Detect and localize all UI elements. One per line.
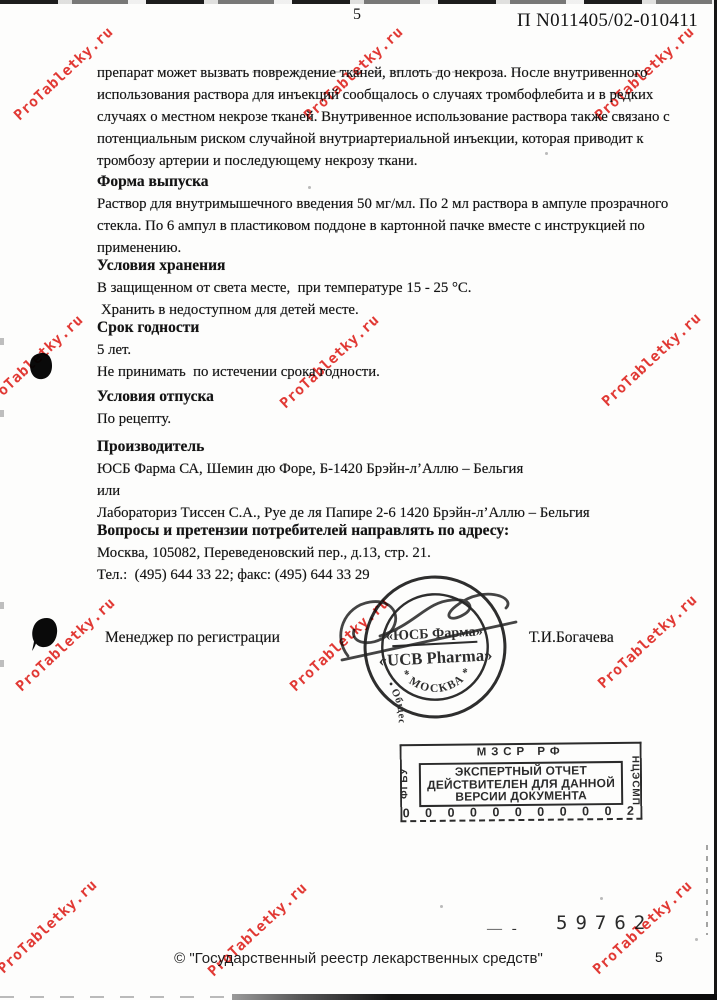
text-line: стекла. По 6 ампул в пластиковом поддоне… bbox=[97, 215, 640, 237]
text-line: 5 лет. bbox=[97, 339, 640, 361]
signer-role: Менеджер по регистрации bbox=[105, 629, 280, 647]
text-line: или bbox=[97, 480, 640, 502]
scan-left-mark bbox=[0, 410, 4, 417]
section-heading: Вопросы и претензии потребителей направл… bbox=[97, 520, 640, 542]
signer-name: Т.И.Богачева bbox=[529, 629, 614, 647]
stamp-digit-counter: 0 0 0 0 0 0 0 0 0 0 2 bbox=[402, 804, 640, 820]
text-line: ЮСБ Фарма СА, Шемин дю Форе, Б-1420 Брэй… bbox=[97, 458, 640, 480]
intro-paragraph: препарат может вызвать повреждение ткане… bbox=[97, 62, 640, 172]
section-heading: Условия отпуска bbox=[97, 386, 640, 408]
text-line: случаях о местном некрозе тканей. Внутри… bbox=[97, 106, 640, 128]
scan-edge-bottom bbox=[232, 994, 717, 1000]
section-heading: Условия хранения bbox=[97, 255, 640, 277]
text-line: Не принимать по истечении срока годности… bbox=[97, 361, 640, 383]
section-heading: Производитель bbox=[97, 436, 640, 458]
scan-speck bbox=[695, 938, 698, 941]
expert-report-stamp: МЗСР РФ ФГБУ НЦЭСМП ЭКСПЕРТНЫЙ ОТЧЕТ ДЕЙ… bbox=[400, 742, 643, 823]
scanned-document-page: 5 П N011405/02-010411 препарат может выз… bbox=[0, 0, 717, 1000]
section-heading: Форма выпуска bbox=[97, 171, 640, 193]
section-storage: Условия хранения В защищенном от света м… bbox=[97, 255, 640, 321]
stamp-ministry-label: МЗСР РФ bbox=[402, 745, 640, 759]
scan-speck bbox=[440, 905, 443, 908]
pen-marks: — - bbox=[487, 921, 520, 938]
scan-speck bbox=[600, 897, 603, 900]
registration-number: П N011405/02-010411 bbox=[517, 10, 698, 32]
watermark: ProTabletky.ru bbox=[13, 595, 118, 695]
text-line: По рецепту. bbox=[97, 408, 640, 430]
scan-right-dashes bbox=[706, 845, 708, 935]
scan-left-mark bbox=[0, 338, 4, 345]
stamp-statement-box: ЭКСПЕРТНЫЙ ОТЧЕТ ДЕЙСТВИТЕЛЕН ДЛЯ ДАННОЙ… bbox=[419, 761, 623, 807]
text-line: потенциальным риском случайной внутриарт… bbox=[97, 128, 640, 150]
section-manufacturer: Производитель ЮСБ Фарма СА, Шемин дю Фор… bbox=[97, 436, 640, 524]
scan-left-mark bbox=[0, 660, 4, 667]
scan-edge-top bbox=[0, 0, 717, 4]
text-line: тромбозу артерии и последующему некрозу … bbox=[97, 150, 640, 172]
text-line: В защищенном от света месте, при темпера… bbox=[97, 277, 640, 299]
scan-left-mark bbox=[0, 602, 4, 609]
section-dispensing: Условия отпуска По рецепту. bbox=[97, 386, 640, 430]
watermark: ProTabletky.ru bbox=[0, 312, 87, 412]
text-line: использования раствора для инъекций сооб… bbox=[97, 84, 640, 106]
section-release-form: Форма выпуска Раствор для внутримышечног… bbox=[97, 171, 640, 259]
stamp-side-label-left: ФГБУ bbox=[399, 767, 410, 798]
text-line: Раствор для внутримышечного введения 50 … bbox=[97, 193, 640, 215]
text-line: Москва, 105082, Переведеновский пер., д.… bbox=[97, 542, 640, 564]
page-number-bottom: 5 bbox=[655, 949, 663, 965]
scan-edge-bottom-faint bbox=[0, 996, 232, 998]
page-number-top: 5 bbox=[353, 6, 361, 24]
stamp-side-label-right: НЦЭСМП bbox=[629, 756, 641, 806]
